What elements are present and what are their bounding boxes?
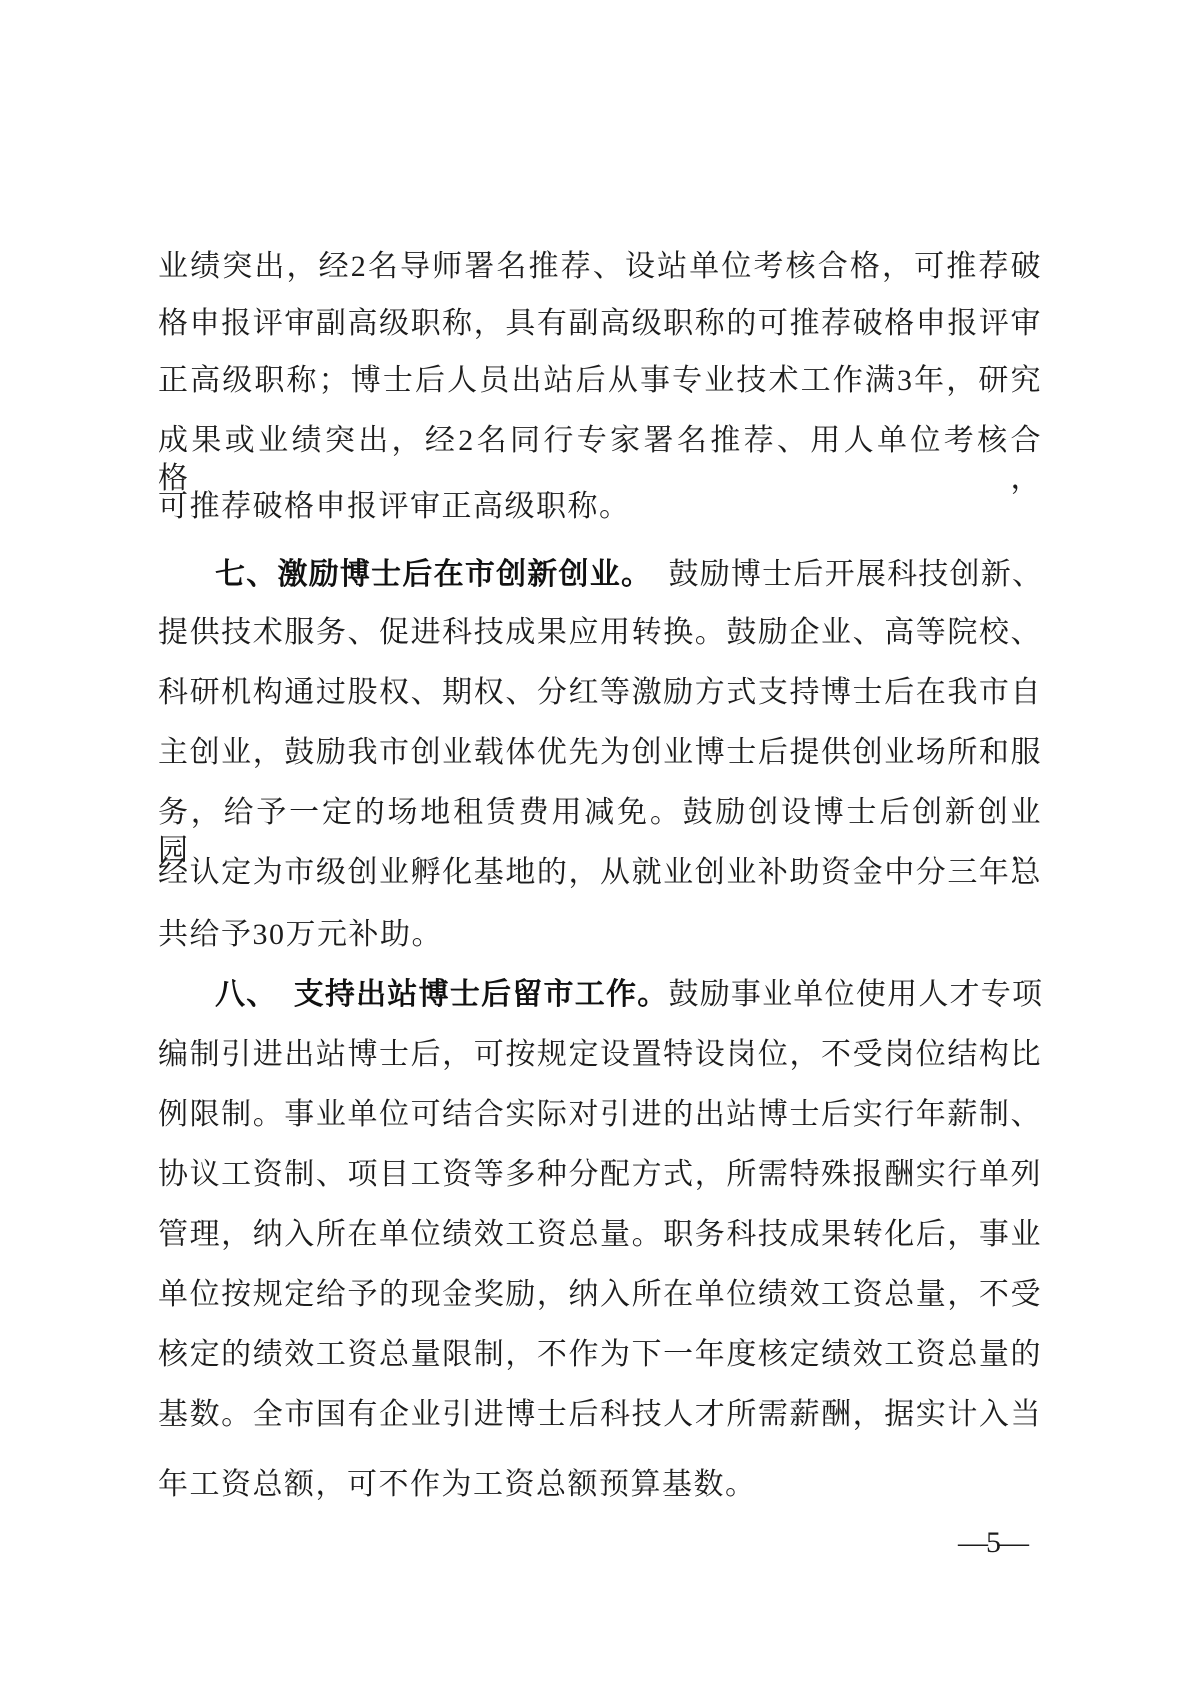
text-line: 主创业，鼓励我市创业载体优先为创业博士后提供创业场所和服 [158,734,1042,772]
text-line: 例限制。事业单位可结合实际对引进的出站博士后实行年薪制、 [158,1096,1042,1134]
body-text: 主创业，鼓励我市创业载体优先为创业博士后提供创业场所和服 [158,736,1042,769]
page-number: —5— [958,1524,1048,1562]
document-page: 业绩突出，经2名导师署名推荐、设站单位考核合格，可推荐破格申报评审副高级职称，具… [0,0,1190,1682]
section-heading: 八、 支持出站博士后留市工作。 [215,978,668,1011]
text-line: 基数。全市国有企业引进博士后科技人才所需薪酬，据实计入当 [158,1396,1042,1434]
text-line: 科研机构通过股权、期权、分红等激励方式支持博士后在我市自 [158,674,1042,712]
text-line: 协议工资制、项目工资等多种分配方式，所需特殊报酬实行单列 [158,1156,1042,1194]
text-line: 格申报评审副高级职称，具有副高级职称的可推荐破格申报评审 [158,305,1042,343]
text-line: 七、激励博士后在市创新创业。 鼓励博士后开展科技创新、 [158,556,1042,594]
body-text: 核定的绩效工资总量限制，不作为下一年度核定绩效工资总量的 [158,1338,1042,1371]
text-line: 单位按规定给予的现金奖励，纳入所在单位绩效工资总量，不受 [158,1276,1042,1314]
body-text: 例限制。事业单位可结合实际对引进的出站博士后实行年薪制、 [158,1098,1042,1131]
body-text: 提供技术服务、促进科技成果应用转换。鼓励企业、高等院校、 [158,616,1042,649]
body-text: 科研机构通过股权、期权、分红等激励方式支持博士后在我市自 [158,676,1042,709]
text-line: 经认定为市级创业孵化基地的，从就业创业补助资金中分三年总 [158,854,1042,892]
text-line: 管理，纳入所在单位绩效工资总量。职务科技成果转化后，事业 [158,1216,1042,1254]
body-text: 基数。全市国有企业引进博士后科技人才所需薪酬，据实计入当 [158,1398,1042,1431]
text-line: 年工资总额，可不作为工资总额预算基数。 [158,1466,1042,1504]
text-line: 可推荐破格申报评审正高级职称。 [158,488,1042,526]
body-text: 管理，纳入所在单位绩效工资总量。职务科技成果转化后，事业 [158,1218,1042,1251]
text-line: 成果或业绩突出，经2名同行专家署名推荐、用人单位考核合格， [158,422,1042,460]
body-text: 协议工资制、项目工资等多种分配方式，所需特殊报酬实行单列 [158,1158,1042,1191]
text-line: 提供技术服务、促进科技成果应用转换。鼓励企业、高等院校、 [158,614,1042,652]
body-text: 编制引进出站博士后，可按规定设置特设岗位，不受岗位结构比 [158,1038,1042,1071]
body-text: 经认定为市级创业孵化基地的，从就业创业补助资金中分三年总 [158,856,1042,889]
body-text: 业绩突出，经2名导师署名推荐、设站单位考核合格，可推荐破 [158,250,1042,283]
body-text: 鼓励事业单位使用人才专项 [668,978,1042,1011]
body-text: 格申报评审副高级职称，具有副高级职称的可推荐破格申报评审 [158,307,1042,340]
body-text: 年工资总额，可不作为工资总额预算基数。 [158,1468,757,1501]
body-text: 单位按规定给予的现金奖励，纳入所在单位绩效工资总量，不受 [158,1278,1042,1311]
text-line: 正高级职称；博士后人员出站后从事专业技术工作满3年，研究 [158,362,1042,400]
text-line: 务，给予一定的场地租赁费用减免。鼓励创设博士后创新创业园， [158,794,1042,832]
text-line: 核定的绩效工资总量限制，不作为下一年度核定绩效工资总量的 [158,1336,1042,1374]
body-text: 正高级职称；博士后人员出站后从事专业技术工作满3年，研究 [158,364,1042,397]
body-text: 可推荐破格申报评审正高级职称。 [158,490,631,523]
document-body: 业绩突出，经2名导师署名推荐、设站单位考核合格，可推荐破格申报评审副高级职称，具… [0,0,1190,1682]
body-text: 鼓励博士后开展科技创新、 [637,558,1042,591]
text-line: 业绩突出，经2名导师署名推荐、设站单位考核合格，可推荐破 [158,248,1042,286]
text-line: 编制引进出站博士后，可按规定设置特设岗位，不受岗位结构比 [158,1036,1042,1074]
section-heading: 七、激励博士后在市创新创业。 [215,558,637,591]
text-line: 共给予30万元补助。 [158,916,1042,954]
body-text: 成果或业绩突出，经2名同行专家署名推荐、用人单位考核合格， [158,424,1042,495]
body-text: 共给予30万元补助。 [158,918,443,951]
text-line: 八、 支持出站博士后留市工作。鼓励事业单位使用人才专项 [158,976,1042,1014]
